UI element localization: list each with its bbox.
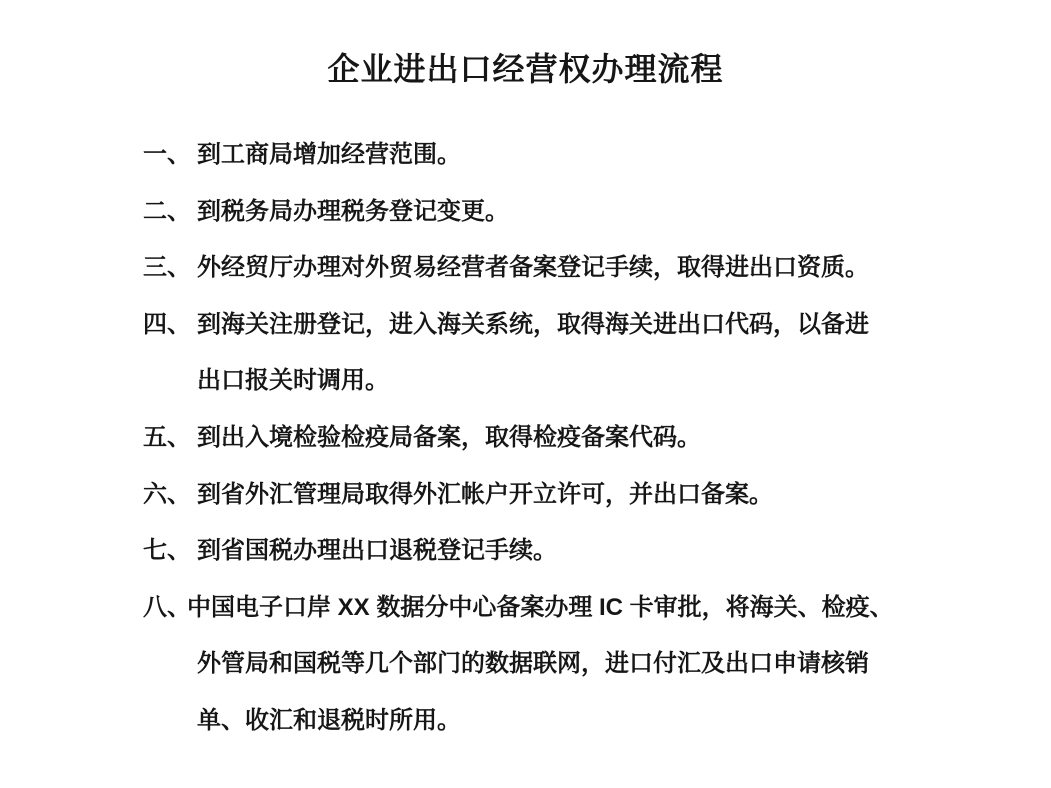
list-item-6: 六、到省外汇管理局取得外汇帐户开立许可，并出口备案。 [143, 467, 933, 524]
list-item-3: 三、外经贸厅办理对外贸易经营者备案登记手续，取得进出口资质。 [143, 240, 933, 297]
item-text: 中国电子口岸 XX 数据分中心备案办理 IC 卡审批，将海关、检疫、 [187, 594, 894, 621]
list-item-8-line-1: 八、中国电子口岸 XX 数据分中心备案办理 IC 卡审批，将海关、检疫、 [143, 580, 933, 637]
item-text: 单、收汇和退税时所用。 [197, 707, 461, 734]
list-item-1: 一、到工商局增加经营范围。 [143, 127, 933, 184]
item-text: 外经贸厅办理对外贸易经营者备案登记手续，取得进出口资质。 [197, 254, 869, 281]
item-number: 八、 [143, 580, 187, 637]
item-number: 四、 [143, 297, 197, 354]
document-title: 企业进出口经营权办理流程 [0, 44, 1051, 90]
item-number: 二、 [143, 184, 197, 241]
item-number: 七、 [143, 523, 197, 580]
item-text: 出口报关时调用。 [197, 367, 389, 394]
list-item-2: 二、到税务局办理税务登记变更。 [143, 184, 933, 241]
item-number: 一、 [143, 127, 197, 184]
item-number: 六、 [143, 467, 197, 524]
item-text: 到税务局办理税务登记变更。 [197, 198, 509, 225]
item-number: 三、 [143, 240, 197, 297]
list-item-8-line-2: 外管局和国税等几个部门的数据联网，进口付汇及出口申请核销 [143, 636, 933, 693]
item-text: 到海关注册登记，进入海关系统，取得海关进出口代码，以备进 [197, 311, 869, 338]
item-number: 五、 [143, 410, 197, 467]
item-text: 到出入境检验检疫局备案，取得检疫备案代码。 [197, 424, 701, 451]
list-item-7: 七、到省国税办理出口退税登记手续。 [143, 523, 933, 580]
item-text: 到省国税办理出口退税登记手续。 [197, 537, 557, 564]
procedure-list: 一、到工商局增加经营范围。 二、到税务局办理税务登记变更。 三、外经贸厅办理对外… [143, 127, 933, 750]
item-text: 到省外汇管理局取得外汇帐户开立许可，并出口备案。 [197, 481, 773, 508]
list-item-8-line-3: 单、收汇和退税时所用。 [143, 693, 933, 750]
document-page: 企业进出口经营权办理流程 一、到工商局增加经营范围。 二、到税务局办理税务登记变… [0, 0, 1051, 788]
list-item-4-line-1: 四、到海关注册登记，进入海关系统，取得海关进出口代码，以备进 [143, 297, 933, 354]
item-text: 外管局和国税等几个部门的数据联网，进口付汇及出口申请核销 [197, 650, 869, 677]
list-item-4-line-2: 出口报关时调用。 [143, 353, 933, 410]
list-item-5: 五、到出入境检验检疫局备案，取得检疫备案代码。 [143, 410, 933, 467]
item-text: 到工商局增加经营范围。 [197, 141, 461, 168]
